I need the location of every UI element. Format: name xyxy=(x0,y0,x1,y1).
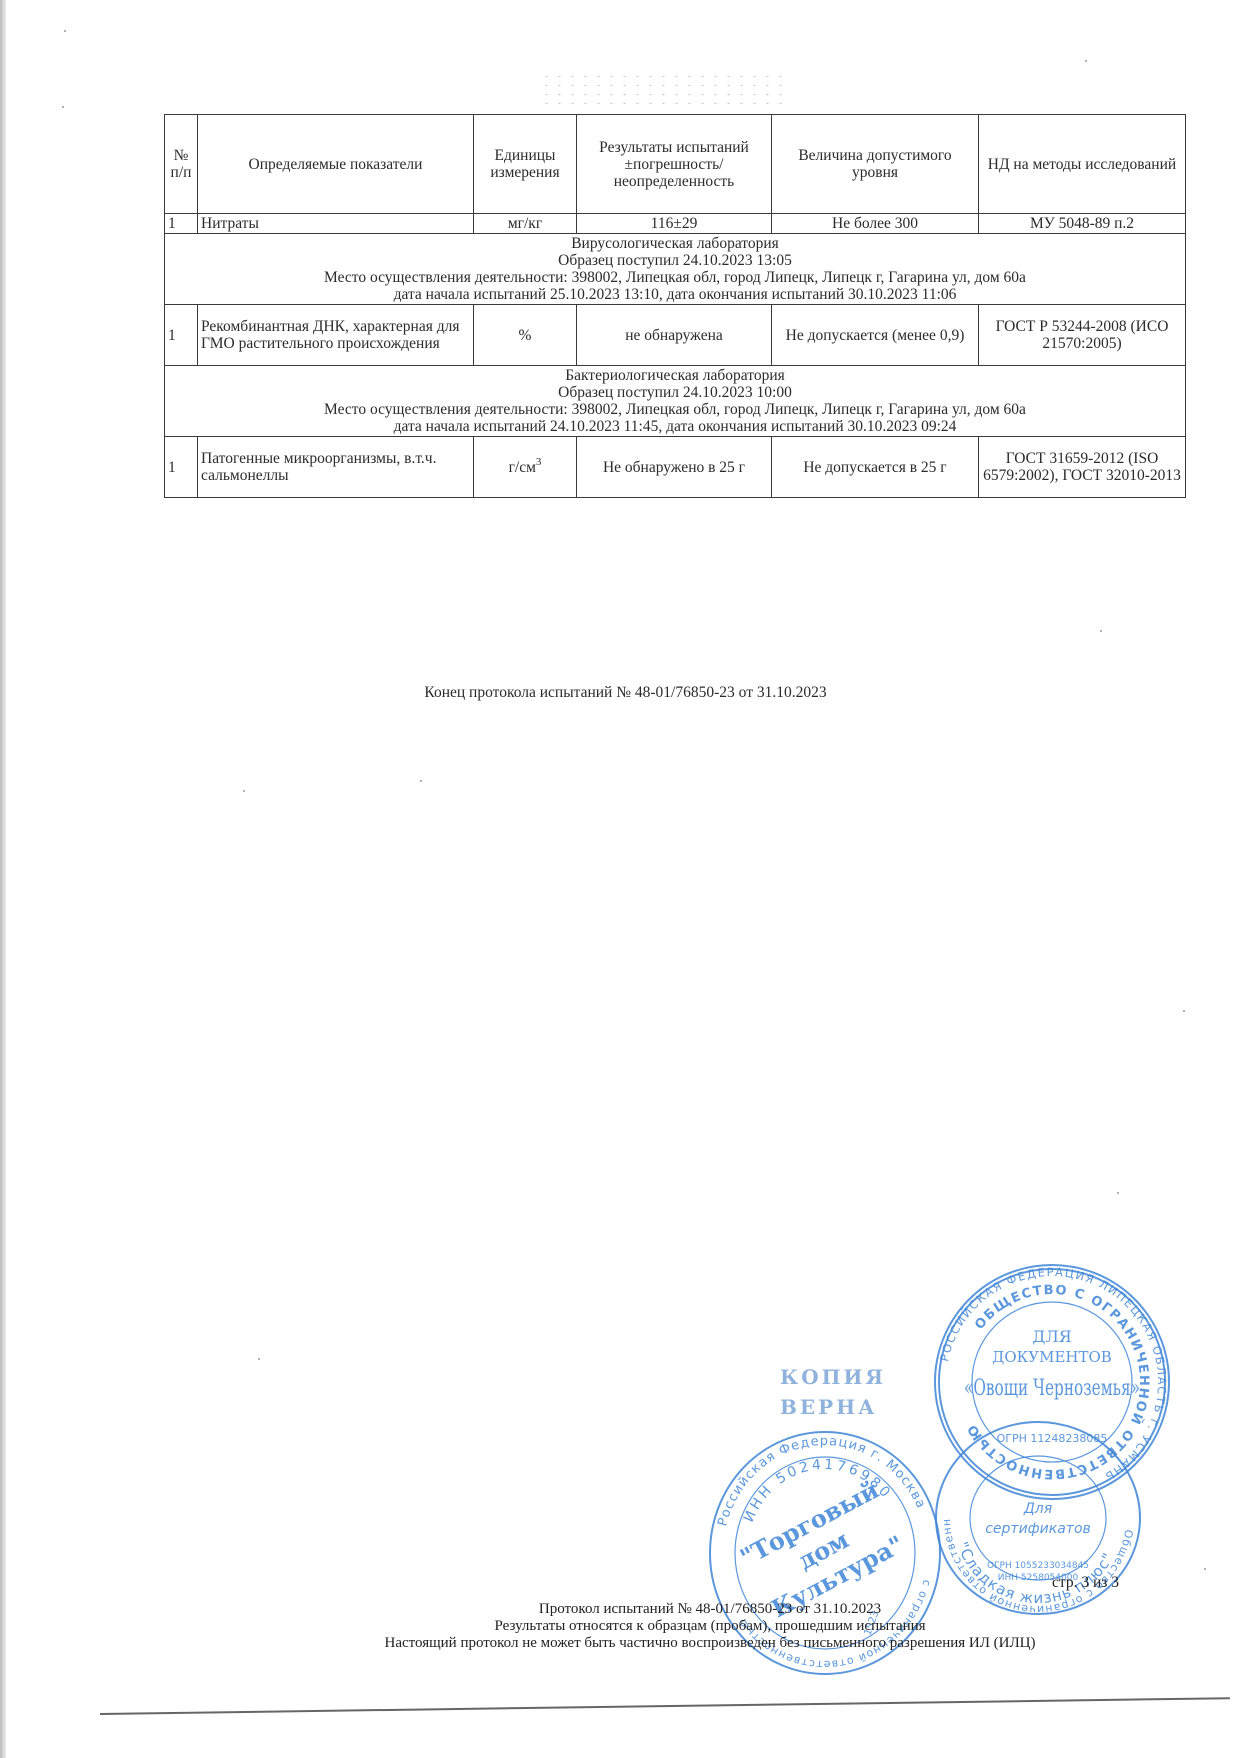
cell-units: мг/кг xyxy=(474,214,577,234)
scan-speck xyxy=(258,1358,260,1360)
header-limit: Величина допустимого уровня xyxy=(772,115,979,214)
cell-result: Не обнаружено в 25 г xyxy=(577,437,772,498)
cell-num: 1 xyxy=(165,305,198,366)
svg-text:ДЛЯ: ДЛЯ xyxy=(1032,1327,1071,1346)
svg-text:ДОКУМЕНТОВ: ДОКУМЕНТОВ xyxy=(992,1348,1112,1366)
page-number: стр. 3 из 3 xyxy=(1052,1574,1119,1592)
cell-num: 1 xyxy=(165,214,198,234)
document-footer: Протокол испытаний № 48-01/76850-23 от 3… xyxy=(300,1601,1120,1652)
cell-result: не обнаружена xyxy=(577,305,772,366)
cell-method: МУ 5048-89 п.2 xyxy=(979,214,1186,234)
footer-protocol-ref: Протокол испытаний № 48-01/76850-23 от 3… xyxy=(300,1601,1120,1618)
sample-received: Образец поступил 24.10.2023 10:00 xyxy=(168,384,1182,401)
cell-indicator: Рекомбинантная ДНК, характерная для ГМО … xyxy=(198,305,474,366)
scan-speck xyxy=(64,30,66,32)
cell-units: % xyxy=(474,305,577,366)
scan-speck xyxy=(1183,1010,1185,1012)
footer-results-note: Результаты относятся к образцам (пробам)… xyxy=(300,1618,1120,1635)
scan-speck xyxy=(243,790,245,792)
cell-limit: Не более 300 xyxy=(772,214,979,234)
header-indicator: Определяемые показатели xyxy=(198,115,474,214)
activity-place: Место осуществления деятельности: 398002… xyxy=(168,401,1182,418)
cell-method: ГОСТ 31659-2012 (ISO 6579:2002), ГОСТ 32… xyxy=(979,437,1186,498)
table-header-row: № п/п Определяемые показатели Единицы из… xyxy=(165,115,1186,214)
cell-limit: Не допускается (менее 0,9) xyxy=(772,305,979,366)
cell-num: 1 xyxy=(165,437,198,498)
copy-stamp-line2: ВЕРНА xyxy=(780,1392,886,1422)
scan-speck xyxy=(1085,60,1087,62)
scan-speck xyxy=(1204,1568,1206,1570)
scan-speck xyxy=(62,106,64,108)
cell-indicator: Нитраты xyxy=(198,214,474,234)
scan-speck xyxy=(1100,630,1102,632)
bottom-rule-line xyxy=(100,1697,1230,1715)
cell-limit: Не допускается в 25 г xyxy=(772,437,979,498)
lab-info-cell: Вирусологическая лаборатория Образец пос… xyxy=(165,234,1186,305)
lab-section-virology: Вирусологическая лаборатория Образец пос… xyxy=(165,234,1186,305)
footer-reproduction-note: Настоящий протокол не может быть частичн… xyxy=(300,1635,1120,1652)
svg-text:ОГРН 1055233034845: ОГРН 1055233034845 xyxy=(987,1561,1089,1571)
results-table: № п/п Определяемые показатели Единицы из… xyxy=(164,114,1186,498)
svg-text:Для: Для xyxy=(1023,1501,1052,1517)
cell-result: 116±29 xyxy=(577,214,772,234)
lab-section-bacteriology: Бактериологическая лаборатория Образец п… xyxy=(165,366,1186,437)
units-base: г/см xyxy=(509,459,536,476)
scan-left-edge xyxy=(0,0,6,1758)
svg-text:сертификатов: сертификатов xyxy=(985,1521,1091,1537)
cell-method: ГОСТ Р 53244-2008 (ИСО 21570:2005) xyxy=(979,305,1186,366)
lab-name: Бактериологическая лаборатория xyxy=(168,367,1182,384)
header-units: Единицы измерения xyxy=(474,115,577,214)
table-row: 1 Патогенные микроорганизмы, в.т.ч. саль… xyxy=(165,437,1186,498)
units-superscript: 3 xyxy=(536,456,542,468)
copy-stamp-line1: КОПИЯ xyxy=(780,1362,886,1392)
activity-place: Место осуществления деятельности: 398002… xyxy=(168,269,1182,286)
scan-noise xyxy=(540,72,790,108)
cell-indicator: Патогенные микроорганизмы, в.т.ч. сальмо… xyxy=(198,437,474,498)
test-dates: дата начала испытаний 25.10.2023 13:10, … xyxy=(168,286,1182,303)
header-num: № п/п xyxy=(165,115,198,214)
sample-received: Образец поступил 24.10.2023 13:05 xyxy=(168,252,1182,269)
copy-certified-stamp: КОПИЯ ВЕРНА xyxy=(780,1362,886,1422)
test-dates: дата начала испытаний 24.10.2023 11:45, … xyxy=(168,418,1182,435)
cell-units: г/см3 xyxy=(474,437,577,498)
scan-speck xyxy=(420,780,422,782)
header-method: НД на методы исследований xyxy=(979,115,1186,214)
lab-name: Вирусологическая лаборатория xyxy=(168,235,1182,252)
svg-text:«Овощи Черноземья»: «Овощи Черноземья» xyxy=(964,1376,1140,1401)
table-row: 1 Нитраты мг/кг 116±29 Не более 300 МУ 5… xyxy=(165,214,1186,234)
protocol-end-text: Конец протокола испытаний № 48-01/76850-… xyxy=(0,684,1241,702)
scan-speck xyxy=(1117,1192,1119,1194)
header-result: Результаты испытаний ±погрешность/ неопр… xyxy=(577,115,772,214)
lab-info-cell: Бактериологическая лаборатория Образец п… xyxy=(165,366,1186,437)
table-row: 1 Рекомбинантная ДНК, характерная для ГМ… xyxy=(165,305,1186,366)
